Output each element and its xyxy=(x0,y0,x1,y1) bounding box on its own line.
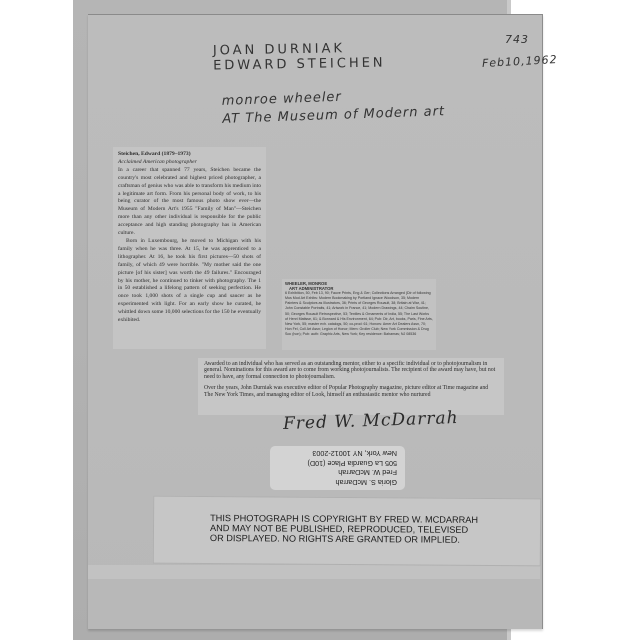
steichen-bio-clipping: Steichen, Edward (1879–1973) Acclaimed A… xyxy=(113,147,266,349)
wheeler-bio-clipping: WHEELER, MONROE ART ADMINISTRATOR 6 Exhi… xyxy=(282,279,436,350)
clipping-paragraph: In a career that spanned 77 years, Steic… xyxy=(118,167,261,238)
handwritten-names: JOAN DURNIAK EDWARD STEICHEN xyxy=(213,40,386,73)
handwritten-catalog-number: 743 xyxy=(505,33,529,46)
stamp-line: 505 La Guardia Place (10D) xyxy=(278,458,397,468)
clipping-heading: Steichen, Edward (1879–1973) xyxy=(118,151,261,159)
stamp-line: Gloria S. McDarrah xyxy=(278,477,397,487)
clipping-paragraph: Born in Luxembourg, he moved to Michigan… xyxy=(118,238,261,325)
wheeler-body: 6 Exhibition, 50, Feb 13, 90; Fauve Prin… xyxy=(285,291,433,337)
award-paragraph: Over the years, John Durniak was executi… xyxy=(204,385,498,398)
clipping-subheading: Acclaimed American photographer xyxy=(118,159,261,167)
paper-bottom-edge xyxy=(88,565,540,579)
copyright-notice: THIS PHOTOGRAPH IS COPYRIGHT BY FRED W. … xyxy=(153,496,541,567)
award-paragraph: Awarded to an individual who has served … xyxy=(204,361,498,380)
handwritten-name-2: EDWARD STEICHEN xyxy=(213,55,386,73)
stamp-line: New York, NY 10012-2003 xyxy=(278,449,397,459)
address-stamp: Gloria S. McDarrah Fred W. McDarrah 505 … xyxy=(270,446,405,490)
award-description: Awarded to an individual who has served … xyxy=(198,358,504,415)
copyright-line: OR DISPLAYED. NO RIGHTS ARE GRANTED OR I… xyxy=(210,533,540,545)
stamp-line: Fred W. McDarrah xyxy=(278,468,397,478)
handwritten-date: Feb10,1962 xyxy=(482,53,558,70)
